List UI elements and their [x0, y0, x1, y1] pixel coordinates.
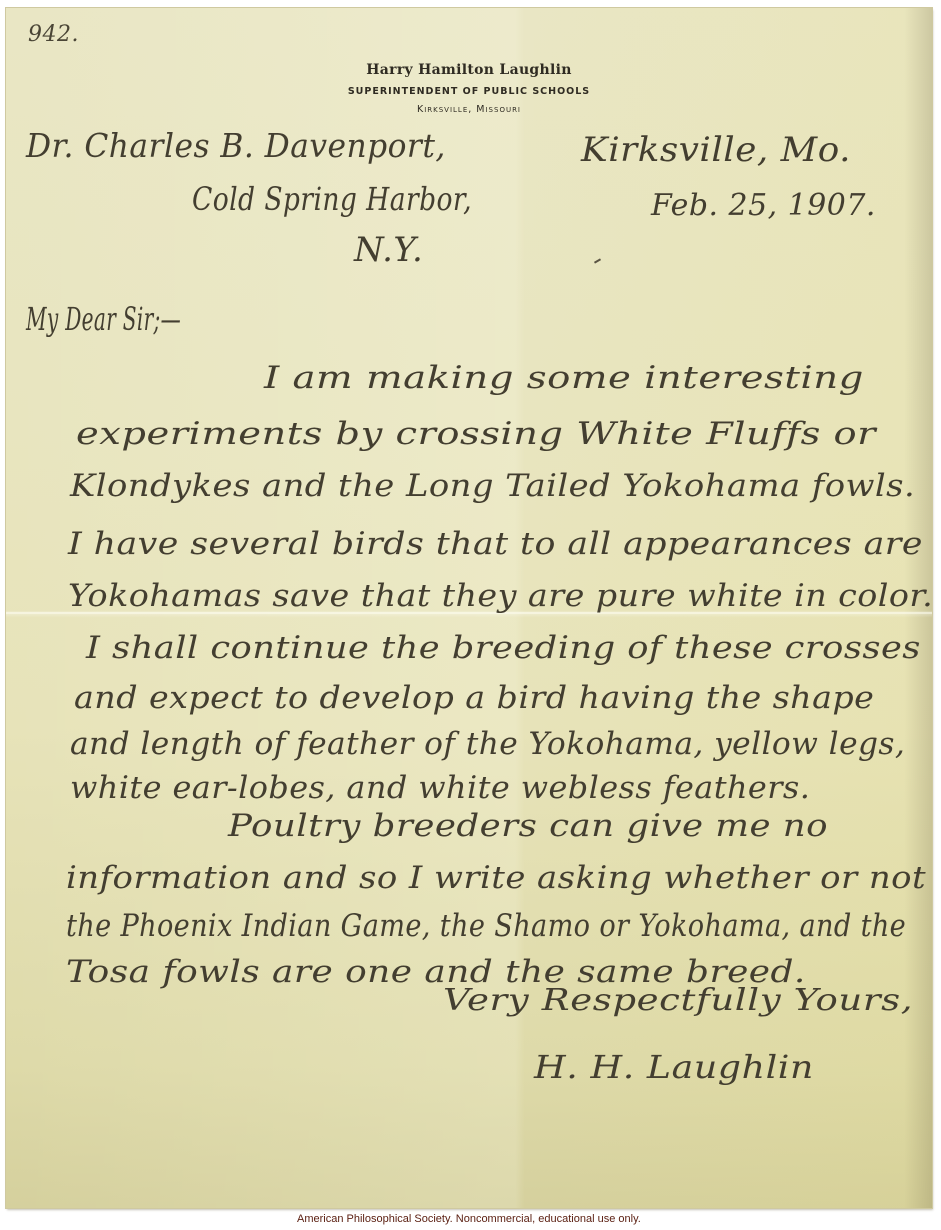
copyright-notice: American Philosophical Society. Noncomme…	[0, 1213, 941, 1225]
recipient-name: Dr. Charles B. Davenport,	[26, 126, 446, 165]
letterhead-location: Kirksville, Missouri	[6, 104, 932, 115]
signature: H. H. Laughlin	[534, 1048, 814, 1086]
body-line: and expect to develop a bird having the …	[74, 680, 874, 716]
body-line: information and so I write asking whethe…	[66, 860, 926, 896]
body-line: the Phoenix Indian Game, the Shamo or Yo…	[66, 908, 906, 944]
letterhead-title: SUPERINTENDENT OF PUBLIC SCHOOLS	[6, 86, 932, 97]
body-line: and length of feather of the Yokohama, y…	[70, 726, 905, 762]
stray-ink-mark	[594, 258, 601, 263]
body-line: experiments by crossing White Fluffs or	[76, 416, 876, 452]
body-line: I have several birds that to all appeara…	[68, 526, 923, 562]
recipient-state: N.Y.	[354, 230, 423, 270]
archive-number: 942.	[28, 22, 79, 47]
body-line: I shall continue the breeding of these c…	[86, 630, 921, 666]
body-line: white ear-lobes, and white webless feath…	[70, 770, 810, 806]
recipient-address: Cold Spring Harbor,	[192, 180, 472, 218]
letterhead-name: Harry Hamilton Laughlin	[6, 62, 932, 78]
letter-date: Feb. 25, 1907.	[651, 188, 876, 223]
body-line: I am making some interesting	[264, 360, 864, 396]
body-line: Yokohamas save that they are pure white …	[68, 578, 933, 614]
body-line: Klondykes and the Long Tailed Yokohama f…	[70, 468, 915, 504]
sender-place: Kirksville, Mo.	[581, 130, 851, 170]
salutation: My Dear Sir;—	[26, 300, 181, 338]
letter-sheet: 942. Harry Hamilton Laughlin SUPERINTEND…	[6, 8, 932, 1208]
closing: Very Respectfully Yours,	[443, 983, 913, 1018]
body-line: Poultry breeders can give me no	[228, 808, 828, 844]
copyright-text: American Philosophical Society. Noncomme…	[297, 1213, 641, 1225]
